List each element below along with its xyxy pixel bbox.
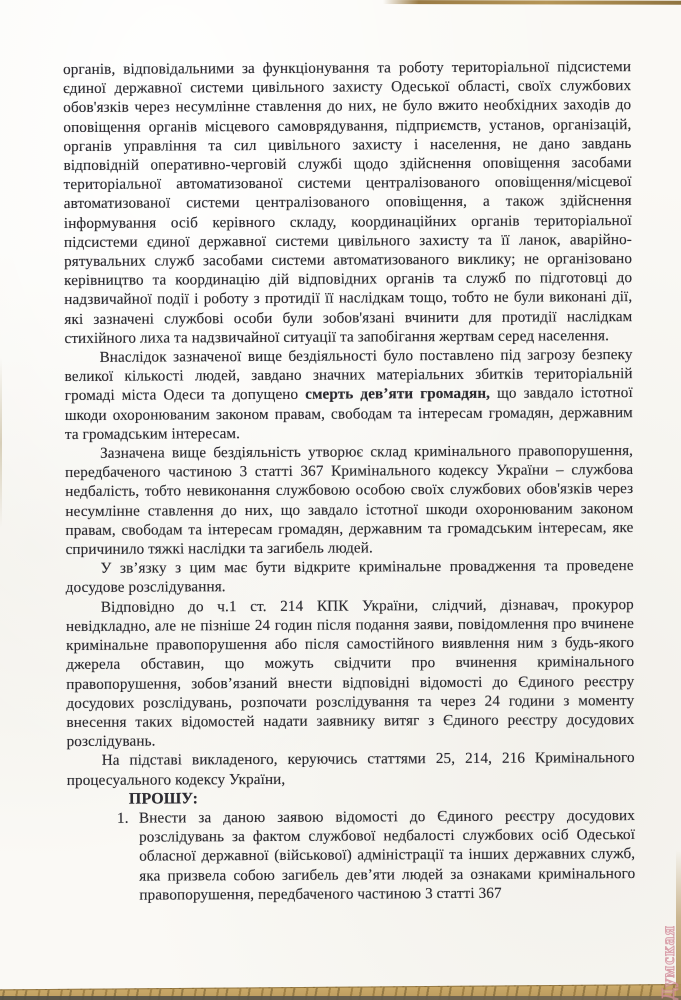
document-text: органів, відповідальними за функціонуван… — [63, 57, 635, 905]
bold-victims-text: смерть дев’яти громадян, — [305, 385, 490, 403]
request-list-item-1: 1. Внести за даною заявою відомості до Є… — [117, 806, 635, 905]
paragraph-consequences: Внаслідок зазначеної вище бездіяльності … — [65, 345, 633, 444]
table-edge-left-sliver — [0, 358, 2, 528]
document-photo: органів, відповідальними за функціонуван… — [0, 0, 681, 1000]
request-heading: ПРОШУ: — [129, 787, 635, 809]
paragraph-proceedings: У зв’язку з цим має бути відкрите кримін… — [66, 556, 634, 597]
list-item-number: 1. — [117, 809, 140, 905]
paragraph-continuation: органів, відповідальними за функціонуван… — [63, 57, 633, 348]
paragraph-qualification: Зазначена вище бездіяльність утворює скл… — [65, 441, 634, 559]
paragraph-kpk-214: Відповідно до ч.1 ст. 214 КПК України, с… — [66, 595, 635, 752]
list-item-text: Внести за даною заявою відомості до Єдин… — [139, 806, 635, 905]
dumskaya-watermark: Думская — [658, 925, 679, 1000]
table-edge-top — [383, 0, 681, 5]
paragraph-legal-basis: На підставі викладеного, керуючись статт… — [67, 748, 635, 789]
photo-bottom-edge — [0, 996, 681, 1000]
